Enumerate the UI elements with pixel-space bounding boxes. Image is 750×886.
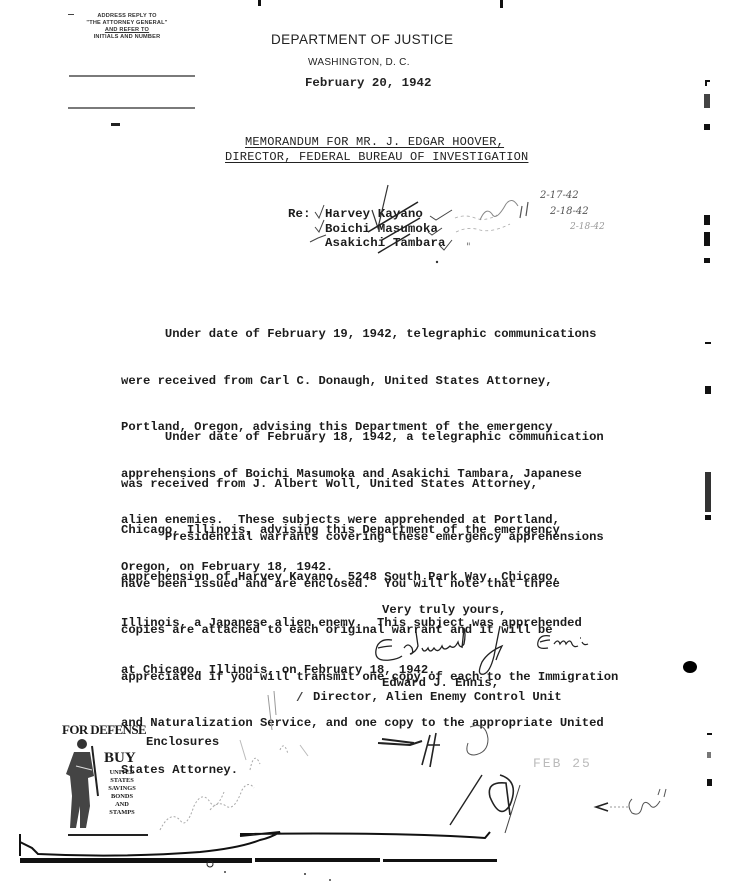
pencil-mark [260, 685, 290, 735]
closing-salutation: Very truly yours, [382, 603, 506, 619]
scan-mark [707, 752, 711, 758]
defense-bonds-poster: FOR DEFENSE BUY UNITED STATES SAVINGS BO… [64, 722, 154, 836]
reply-note-line: AND REFER TO [72, 27, 182, 34]
text-line: Presidential warrants covering these eme… [121, 530, 618, 546]
scan-mark [704, 258, 710, 263]
memo-addressee-line1: MEMORANDUM FOR MR. J. EDGAR HOOVER, [245, 135, 504, 149]
handwritten-date: 2-18-42 [550, 206, 589, 217]
poster-lines: UNITED STATES SAVINGS BONDS AND STAMPS [104, 769, 140, 817]
text-line: Under date of February 18, 1942, a teleg… [121, 430, 604, 446]
poster-line: UNITED [104, 769, 140, 777]
reply-note-line: "THE ATTORNEY GENERAL" [72, 20, 182, 27]
memo-addressee-line2: DIRECTOR, FEDERAL BUREAU OF INVESTIGATIO… [225, 150, 528, 164]
page-bottom-edge [0, 830, 750, 886]
slash-mark: / [296, 691, 304, 705]
scan-mark [705, 80, 707, 86]
scan-mark [258, 0, 261, 6]
text-line: Under date of February 19, 1942, telegra… [121, 327, 596, 343]
initials-and-stamp: FEB 25 [370, 715, 690, 835]
poster-line: BONDS [104, 793, 140, 801]
scan-mark [704, 94, 710, 108]
scan-mark [705, 386, 711, 394]
handwritten-date: 2-17-42 [540, 190, 579, 201]
poster-line: STATES [104, 777, 140, 785]
signatory-title: Director, Alien Enemy Control Unit [313, 690, 562, 706]
scan-mark [704, 232, 710, 246]
ink-dot [683, 661, 697, 673]
poster-line: AND STAMPS [104, 801, 140, 817]
letter-date: February 20, 1942 [305, 76, 431, 90]
poster-line: SAVINGS [104, 785, 140, 793]
arrow-mark [111, 123, 120, 126]
scan-mark [707, 779, 712, 786]
reference-line [68, 107, 195, 109]
location: WASHINGTON, D. C. [308, 57, 410, 68]
reference-line [69, 75, 195, 77]
text-line: were received from Carl C. Donaugh, Unit… [121, 374, 596, 390]
poster-buy: BUY [104, 750, 136, 767]
pencil-scribble [150, 730, 330, 840]
reply-note: ADDRESS REPLY TO "THE ATTORNEY GENERAL" … [72, 13, 182, 41]
scan-mark [500, 0, 503, 8]
scan-mark [705, 515, 711, 520]
scan-mark [707, 733, 712, 735]
received-stamp: FEB 25 [533, 756, 592, 771]
text-line: have been issued and are enclosed. You w… [121, 577, 618, 593]
handwritten-date: 2-18-42 [570, 222, 605, 232]
scan-mark [705, 342, 711, 344]
scan-mark [704, 124, 710, 130]
scan-mark [704, 215, 710, 225]
minuteman-figure [64, 736, 104, 832]
reply-note-line: ADDRESS REPLY TO [72, 13, 182, 20]
reply-note-line: INITIALS AND NUMBER [72, 34, 182, 41]
scan-mark [705, 472, 711, 512]
svg-text:": " [466, 242, 471, 253]
text-line: was received from J. Albert Woll, United… [121, 477, 604, 493]
department-title: DEPARTMENT OF JUSTICE [271, 32, 453, 47]
